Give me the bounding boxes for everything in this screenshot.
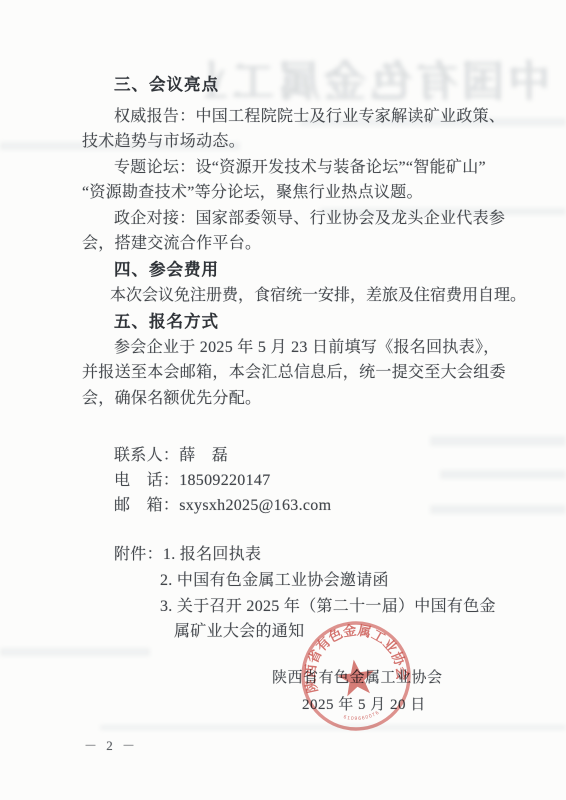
scan-artifact — [0, 648, 150, 656]
seal-star-icon — [335, 657, 377, 697]
highlights-gov-line1: 政企对接：国家部委领导、行业协会及龙头企业代表参 — [114, 209, 505, 229]
section-heading-5: 五、报名方式 — [114, 312, 219, 332]
fees-line1: 本次会议免注册费，食宿统一安排，差旅及住宿费用自理。 — [110, 286, 526, 306]
attachment-line3: 3. 关于召开 2025 年（第二十一届）中国有色金 — [160, 597, 496, 617]
highlights-report-line2: 技术趋势与市场动态。 — [82, 132, 245, 152]
svg-text:6109660076: 6109660076 — [342, 709, 381, 724]
scan-artifact — [430, 505, 566, 514]
highlights-report-line1: 权威报告：中国工程院院士及行业专家解读矿业政策、 — [114, 107, 505, 127]
attachment-line2: 2. 中国有色金属工业协会邀请函 — [160, 571, 389, 591]
section-heading-3: 三、会议亮点 — [114, 75, 219, 95]
document-page: 中国有色金属工业协会 三、会议亮点 权威报告：中国工程院院士及行业专家解读矿业政… — [0, 0, 566, 800]
seal-serial-number: 6109660076 — [342, 709, 381, 724]
attachment-line4: 属矿业大会的通知 — [174, 622, 304, 642]
highlights-gov-line2: 会，搭建交流合作平台。 — [82, 234, 261, 254]
highlights-forum-line2: “资源勘查技术”等分论坛，聚焦行业热点议题。 — [82, 183, 423, 203]
scan-artifact — [430, 436, 566, 446]
bleed-through-watermark: 中国有色金属工业协会 — [205, 58, 550, 108]
official-seal-stamp: 陕西省有色金属工业协会 6109660076 — [290, 610, 421, 741]
attachment-line1: 附件：1. 报名回执表 — [114, 545, 261, 565]
registration-line3: 会，确保名额优先分配。 — [82, 389, 261, 409]
page-number: － 2 － — [84, 736, 138, 756]
contact-email: 邮 箱：sxysxh2025@163.com — [114, 496, 331, 516]
highlights-forum-line1: 专题论坛：设“资源开发技术与装备论坛”“智能矿山” — [114, 158, 486, 178]
scan-artifact — [440, 470, 566, 479]
section-heading-4: 四、参会费用 — [114, 260, 219, 280]
contact-person: 联系人：薛 磊 — [114, 446, 228, 466]
registration-line1: 参会企业于 2025 年 5 月 23 日前填写《报名回执表》， — [114, 338, 500, 358]
contact-phone: 电 话：18509220147 — [114, 471, 271, 491]
registration-line2: 并报送至本会邮箱，本会汇总信息后，统一提交至大会组委 — [82, 363, 506, 383]
